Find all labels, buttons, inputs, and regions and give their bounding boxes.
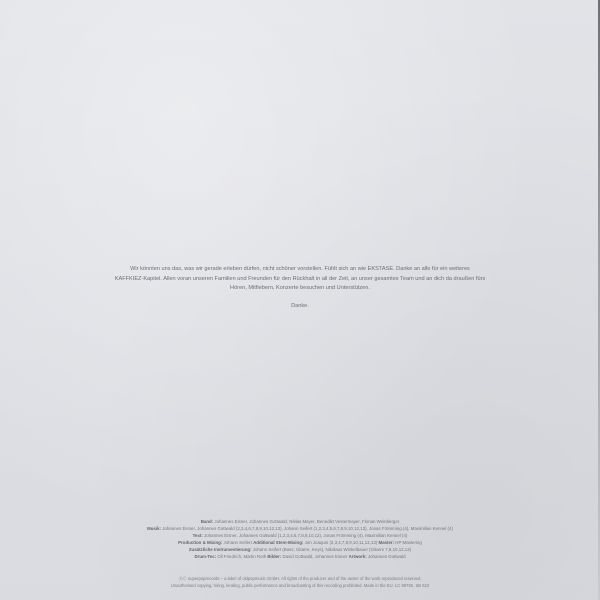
- legal-line-1: ⓅⒸ superpoprecords – a label of oldpopmu…: [60, 575, 540, 582]
- credit-band: Band: Johannes Eisner, Johannes Gottwald…: [60, 518, 540, 525]
- thanks-line-3: Hören, Mitfiebern, Konzerte besuchen und…: [60, 284, 540, 294]
- credits-block: Band: Johannes Eisner, Johannes Gottwald…: [60, 518, 540, 560]
- credit-instrumentation: Zusätzliche Instrumentierung: Johann Sei…: [60, 546, 540, 553]
- album-insert-sheet: Wir könnten uns das, was wir gerade erle…: [0, 0, 600, 600]
- thanks-closing: Danke.: [60, 302, 540, 312]
- legal-notice: ⓅⒸ superpoprecords – a label of oldpopmu…: [60, 575, 540, 589]
- credit-lyrics: Text: Johannes Eisner, Johannes Gottwald…: [60, 532, 540, 539]
- credit-music: Musik: Johannes Eisner, Johannes Gottwal…: [60, 525, 540, 532]
- credit-drum-tech-artwork: Drum-Tec: Oli Friedrich, Martin Roth Bil…: [60, 553, 540, 560]
- thanks-line-2: KAFFKIEZ-Kapitel. Allen voran unseren Fa…: [60, 275, 540, 285]
- legal-line-2: Unauthorised copying, hiring, lending, p…: [60, 582, 540, 589]
- thank-you-message: Wir könnten uns das, was wir gerade erle…: [60, 265, 540, 311]
- credit-production: Production & Mixing: Johann Seifert Addi…: [60, 539, 540, 546]
- thanks-line-1: Wir könnten uns das, was wir gerade erle…: [60, 265, 540, 275]
